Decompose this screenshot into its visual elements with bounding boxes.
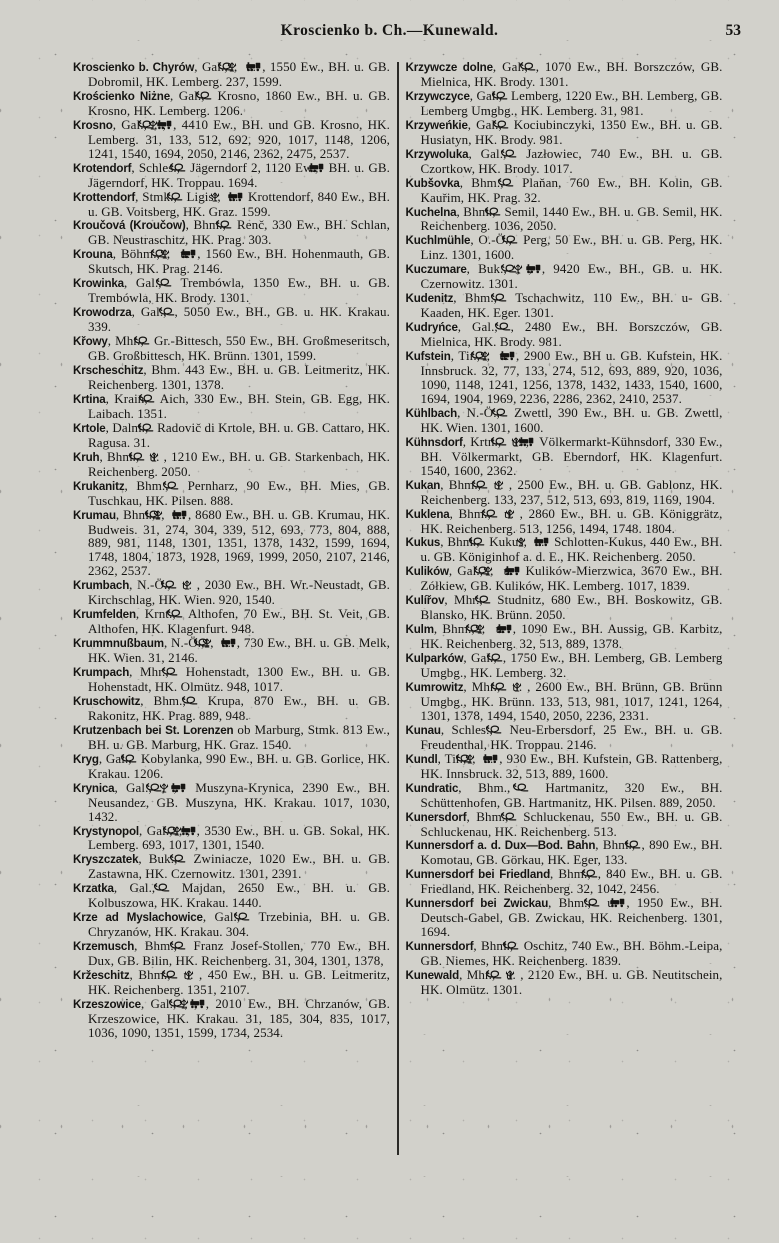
entry-place-name: Kroscienko b. Chyrów xyxy=(73,61,194,74)
entry-place-name: Krummnußbaum xyxy=(73,637,164,650)
gazetteer-entry: Kubšovka, Bhm., Plaňan, 760 Ew., BH. Kol… xyxy=(406,176,723,205)
page-number: 53 xyxy=(726,22,742,40)
entry-place-name: Kunewald xyxy=(406,969,460,982)
gazetteer-entry: Kryg, Gal., Kobylanka, 990 Ew., BH. u. G… xyxy=(73,752,390,781)
post-horn-icon xyxy=(248,910,250,924)
entry-place-name: Kukus xyxy=(406,536,441,549)
entry-place-name: Kunnersdorf bei Friedland xyxy=(406,868,551,881)
railway-station-icon xyxy=(514,349,516,363)
gazetteer-entry: Krukanitz, Bhm., Pernharz, 90 Ew., BH. M… xyxy=(73,479,390,508)
entry-place-name: Krutzenbach bei St. Lorenzen xyxy=(73,724,234,737)
post-horn-icon xyxy=(507,118,509,132)
entry-place-name: Kuchelna xyxy=(406,206,457,219)
post-horn-icon xyxy=(506,89,508,103)
railway-station-icon xyxy=(260,60,262,74)
entry-place-name: Kühnsdorf xyxy=(406,436,463,449)
entry-place-name: Krystynopol xyxy=(73,825,139,838)
entry-place-name: Kunnersdorf xyxy=(406,940,474,953)
gazetteer-entry: Kuczumare, Buk., , , , 9420 Ew., BH., GB… xyxy=(406,262,723,291)
gazetteer-entry: Kroscienko b. Chyrów, Gal., , u. , 1550 … xyxy=(73,60,390,89)
entry-place-name: Krzemusch xyxy=(73,940,134,953)
gazetteer-entry: Kulířov, Mhr., Studnitz, 680 Ew., BH. Bo… xyxy=(406,593,723,622)
railway-station-icon xyxy=(186,508,188,522)
text-columns: Kroscienko b. Chyrów, Gal., , u. , 1550 … xyxy=(73,60,723,1215)
gazetteer-entry: Kunau, Schles., Neu-Erbersdorf, 25 Ew., … xyxy=(406,723,723,752)
entry-place-name: Krzywoluka xyxy=(406,148,469,161)
gazetteer-entry: Kukus, Bhm., Kukus, u. Schlotten-Kukus, … xyxy=(406,535,723,564)
gazetteer-entry: Krosno, Gal., , , , 4410 Ew., BH. und GB… xyxy=(73,118,390,161)
entry-place-name: Krowinka xyxy=(73,277,124,290)
entry-place-name: Krze ad Myslachowice xyxy=(73,911,203,924)
post-horn-icon xyxy=(153,392,155,406)
entry-place-name: Kryg xyxy=(73,753,99,766)
gazetteer-entry: Krtina, Krain, Aich, 330 Ew., BH. Stein,… xyxy=(73,392,390,421)
entry-place-name: Kuchlmühle xyxy=(406,234,471,247)
post-horn-icon xyxy=(175,578,177,592)
gazetteer-entry: Kühlbach, N.-Ö., Zwettl, 390 Ew., BH. u.… xyxy=(406,406,723,435)
post-horn-icon xyxy=(168,881,170,895)
railway-station-icon xyxy=(204,997,206,1011)
gazetteer-entry: Krzywczyce, Gal., Lemberg, 1220 Ew., BH.… xyxy=(406,89,723,118)
gazetteer-entry: Krościenko Niżne, Gal., Krosno, 1860 Ew.… xyxy=(73,89,390,118)
gazetteer-entry: Kržeschitz, Bhm., u. , 450 Ew., BH. u. G… xyxy=(73,968,390,997)
post-horn-icon xyxy=(598,896,600,910)
post-horn-icon xyxy=(500,968,502,982)
gazetteer-entry: Krzywoluka, Gal., Jazłowiec, 740 Ew., BH… xyxy=(406,147,723,176)
railway-station-icon xyxy=(533,435,535,449)
railway-station-icon xyxy=(195,247,197,261)
gazetteer-entry: Kumrowitz, Mhr., u. , 2600 Ew., BH. Brün… xyxy=(406,680,723,723)
gazetteer-entry: Kruschowitz, Bhm., Krupa, 870 Ew., BH. u… xyxy=(73,694,390,723)
gazetteer-entry: Kühnsdorf, Krtn., u. , Völkermarkt-Kühns… xyxy=(406,435,723,478)
entry-place-name: Kulm xyxy=(406,623,434,636)
gazetteer-entry: Křowy, Mhr., Gr.-Bittesch, 550 Ew., BH. … xyxy=(73,334,390,363)
column-left: Kroscienko b. Chyrów, Gal., , u. , 1550 … xyxy=(73,60,390,1215)
entry-place-name: Kubšovka xyxy=(406,177,460,190)
entry-place-name: Krtina xyxy=(73,393,106,406)
entry-place-name: Kunnersdorf bei Zwickau xyxy=(406,897,549,910)
post-horn-icon xyxy=(639,838,641,852)
entry-place-name: Krottendorf xyxy=(73,191,135,204)
post-horn-icon xyxy=(181,190,183,204)
entry-place-name: Kruschowitz xyxy=(73,695,140,708)
entry-place-name: Kumrowitz xyxy=(406,681,464,694)
gazetteer-entry: Krotendorf, Schles., Jägerndorf 2, 1120 … xyxy=(73,161,390,190)
gazetteer-page: Kroscienko b. Ch.—Kunewald. 53 Kroscienk… xyxy=(0,0,779,1243)
column-right: Krzywcze dolne, Gal., , 1070 Ew., BH. Bo… xyxy=(406,60,723,1215)
gazetteer-entry: Krumbach, N.-Ö., u. , 2030 Ew., BH. Wr.-… xyxy=(73,578,390,607)
entry-place-name: Kruh xyxy=(73,451,99,464)
entry-place-name: Krynica xyxy=(73,782,114,795)
gazetteer-entry: Krzatka, Gal., Majdan, 2650 Ew., BH. u. … xyxy=(73,881,390,910)
entry-place-name: Kulików xyxy=(406,565,449,578)
railway-station-icon xyxy=(171,118,173,132)
post-horn-icon xyxy=(527,781,529,795)
railway-station-icon xyxy=(323,161,325,175)
gazetteer-entry: Krzemusch, Bhm., Franz Josef-Stollen, 77… xyxy=(73,939,390,968)
post-horn-icon xyxy=(135,752,137,766)
post-horn-icon xyxy=(177,479,179,493)
post-horn-icon xyxy=(170,276,172,290)
gazetteer-entry: Kunnersdorf, Bhm., Oschitz, 740 Ew., BH.… xyxy=(406,939,723,968)
gazetteer-entry: Kroučová (Kroučow), Bhm., Renč, 330 Ew.,… xyxy=(73,218,390,247)
gazetteer-entry: Krumfelden, Krnt., Althofen, 70 Ew., BH.… xyxy=(73,607,390,636)
post-horn-icon xyxy=(515,147,517,161)
post-horn-icon xyxy=(230,218,232,232)
post-horn-icon xyxy=(516,233,518,247)
entry-place-name: Krzyweńkie xyxy=(406,119,468,132)
entry-place-name: Křowy xyxy=(73,335,108,348)
entry-place-name: Krzatka xyxy=(73,882,114,895)
post-horn-icon xyxy=(505,291,507,305)
post-horn-icon xyxy=(596,867,598,881)
entry-place-name: Kryszczatek xyxy=(73,853,138,866)
gazetteer-entry: Krynica, Gal., , , Muszyna-Krynica, 2390… xyxy=(73,781,390,824)
entry-place-name: Kuczumare xyxy=(406,263,467,276)
railway-station-icon xyxy=(548,535,550,549)
gazetteer-entry: Krummnußbaum, N.-Ö., , u. , 730 Ew., BH.… xyxy=(73,636,390,665)
post-horn-icon xyxy=(176,665,178,679)
railway-station-icon xyxy=(242,190,244,204)
railway-station-icon xyxy=(624,896,626,910)
gazetteer-entry: Kundl, Tir., , u. , 930 Ew., BH. Kufstei… xyxy=(406,752,723,781)
entry-place-name: Krzywczyce xyxy=(406,90,470,103)
gazetteer-entry: Kukan, Bhm., u. , 2500 Ew., BH. u. GB. G… xyxy=(406,478,723,507)
gazetteer-entry: Krouna, Böhm., , u. , 1560 Ew., BH. Hohe… xyxy=(73,247,390,276)
post-horn-icon xyxy=(210,89,212,103)
gazetteer-entry: Krystynopol, Gal., , , , 3530 Ew., BH. u… xyxy=(73,824,390,853)
gazetteer-entry: Kuchelna, Bhm., Semil, 1440 Ew., BH. u. … xyxy=(406,205,723,234)
gazetteer-entry: Kunnersdorf a. d. Dux—Bod. Bahn, Bhm., ,… xyxy=(406,838,723,867)
post-horn-icon xyxy=(486,478,488,492)
gazetteer-entry: Kunersdorf, Bhm., Schluckenau, 550 Ew., … xyxy=(406,810,723,839)
gazetteer-entry: Krottendorf, Stmk., Ligist, u. Krottendo… xyxy=(73,190,390,219)
entry-place-name: Kulparków xyxy=(406,652,464,665)
entry-place-name: Kuklena xyxy=(406,508,450,521)
post-horn-icon xyxy=(196,694,198,708)
entry-place-name: Kundratic xyxy=(406,782,459,795)
page-header-title: Kroscienko b. Ch.—Kunewald. xyxy=(0,22,779,40)
post-horn-icon xyxy=(499,205,501,219)
gazetteer-entry: Kulm, Bhm., , u. , 1090 Ew., BH. Aussig,… xyxy=(406,622,723,651)
entry-place-name: Krscheschitz xyxy=(73,364,143,377)
post-horn-icon xyxy=(176,968,178,982)
page-header: Kroscienko b. Ch.—Kunewald. 53 xyxy=(0,22,779,44)
railway-station-icon xyxy=(195,824,197,838)
post-horn-icon xyxy=(496,507,498,521)
entry-place-name: Krtole xyxy=(73,422,106,435)
gazetteer-entry: Kulików, Gal., , u. Kulików-Mierzwica, 3… xyxy=(406,564,723,593)
gazetteer-entry: Kuchlmühle, O.-Ö., Perg, 50 Ew., BH. u. … xyxy=(406,233,723,262)
entry-place-name: Krouna xyxy=(73,248,113,261)
entry-place-name: Kržeschitz xyxy=(73,969,130,982)
entry-place-name: Kufstein xyxy=(406,350,451,363)
post-horn-icon xyxy=(143,450,145,464)
post-horn-icon xyxy=(184,939,186,953)
entry-place-name: Krumbach xyxy=(73,579,129,592)
entry-place-name: Krumpach xyxy=(73,666,129,679)
gazetteer-entry: Krtole, Dalm., Radovič di Krtole, BH. u.… xyxy=(73,421,390,450)
post-horn-icon xyxy=(517,939,519,953)
railway-station-icon xyxy=(497,752,499,766)
gazetteer-entry: Kunnersdorf bei Zwickau, Bhm., u. , 1950… xyxy=(406,896,723,939)
gazetteer-entry: Krowodrza, Gal., , 5050 Ew., BH., GB. u.… xyxy=(73,305,390,334)
gazetteer-entry: Kuklena, Bhm., u. , 2860 Ew., BH. u. GB.… xyxy=(406,507,723,536)
post-horn-icon xyxy=(184,161,186,175)
railway-station-icon xyxy=(235,636,237,650)
gazetteer-entry: Kundratic, Bhm., Hartmanitz, 320 Ew., BH… xyxy=(406,781,723,810)
gazetteer-entry: Kufstein, Tir., , u. , 2900 Ew., BH u. G… xyxy=(406,349,723,406)
gazetteer-entry: Kudenitz, Bhm., Tschachwitz, 110 Ew., BH… xyxy=(406,291,723,320)
entry-place-name: Kunau xyxy=(406,724,441,737)
entry-place-name: Kroučová (Kroučow) xyxy=(73,219,186,232)
post-horn-icon xyxy=(173,305,175,319)
gazetteer-entry: Krscheschitz, Bhm. 443 Ew., BH. u. GB. L… xyxy=(73,363,390,392)
entry-place-name: Krukanitz xyxy=(73,480,124,493)
entry-place-name: Krumfelden xyxy=(73,608,136,621)
entry-place-name: Krzeszowice xyxy=(73,998,141,1011)
post-horn-icon xyxy=(512,176,514,190)
gazetteer-entry: Kryszczatek, Buk., Zwiniacze, 1020 Ew., … xyxy=(73,852,390,881)
post-horn-icon xyxy=(184,852,186,866)
column-divider xyxy=(397,62,399,1155)
gazetteer-entry: Krzywcze dolne, Gal., , 1070 Ew., BH. Bo… xyxy=(406,60,723,89)
gazetteer-entry: Krze ad Myslachowice, Gal., Trzebinia, B… xyxy=(73,910,390,939)
entry-place-name: Krościenko Niżne xyxy=(73,90,170,103)
post-horn-icon xyxy=(152,421,154,435)
entry-place-name: Kunersdorf xyxy=(406,811,467,824)
entry-place-name: Kühlbach xyxy=(406,407,458,420)
gazetteer-entry: Kruh, Bhm., u. , 1210 Ew., BH. u. GB. St… xyxy=(73,450,390,479)
entry-place-name: Kundl xyxy=(406,753,438,766)
post-horn-icon xyxy=(534,60,536,74)
post-horn-icon xyxy=(500,723,502,737)
railway-station-icon xyxy=(519,564,521,578)
gazetteer-entry: Krumpach, Mhr., Hohenstadt, 1300 Ew., BH… xyxy=(73,665,390,694)
entry-place-name: Krumau xyxy=(73,509,116,522)
railway-station-icon xyxy=(540,262,542,276)
entry-place-name: Krzywcze dolne xyxy=(406,61,493,74)
gazetteer-entry: Kudryńce, Gal., , 2480 Ew., BH. Borszczó… xyxy=(406,320,723,349)
post-horn-icon xyxy=(505,435,507,449)
post-horn-icon xyxy=(483,535,485,549)
gazetteer-entry: Kulparków, Gal., , 1750 Ew., BH. Lemberg… xyxy=(406,651,723,680)
post-horn-icon xyxy=(505,680,507,694)
post-horn-icon xyxy=(506,406,508,420)
gazetteer-entry: Kunnersdorf bei Friedland, Bhm., , 840 E… xyxy=(406,867,723,896)
entry-place-name: Kukan xyxy=(406,479,441,492)
entry-place-name: Kudryńce xyxy=(406,321,458,334)
railway-station-icon xyxy=(185,781,187,795)
gazetteer-entry: Krzeszowice, Gal., , , , 2010 Ew., BH. C… xyxy=(73,997,390,1040)
entry-place-name: Kudenitz xyxy=(406,292,454,305)
post-horn-icon xyxy=(148,334,150,348)
gazetteer-entry: Krutzenbach bei St. Lorenzen ob Marburg,… xyxy=(73,723,390,752)
entry-place-name: Krowodrza xyxy=(73,306,132,319)
gazetteer-entry: Krumau, Bhm., , u. , 8680 Ew., BH. u. GB… xyxy=(73,508,390,579)
railway-station-icon xyxy=(511,622,513,636)
entry-place-name: Kunnersdorf a. d. Dux—Bod. Bahn xyxy=(406,839,596,852)
entry-place-name: Krosno xyxy=(73,119,113,132)
entry-place-name: Krotendorf xyxy=(73,162,131,175)
post-horn-icon xyxy=(501,651,503,665)
post-horn-icon xyxy=(489,593,491,607)
post-horn-icon xyxy=(181,607,183,621)
post-horn-icon xyxy=(509,320,511,334)
gazetteer-entry: Krowinka, Gal., Trembówla, 1350 Ew., BH.… xyxy=(73,276,390,305)
gazetteer-entry: Kunewald, Mhr., u. , 2120 Ew., BH. u. GB… xyxy=(406,968,723,997)
post-horn-icon xyxy=(515,810,517,824)
entry-place-name: Kulířov xyxy=(406,594,445,607)
gazetteer-entry: Krzyweńkie, Gal., Kociubinczyki, 1350 Ew… xyxy=(406,118,723,147)
